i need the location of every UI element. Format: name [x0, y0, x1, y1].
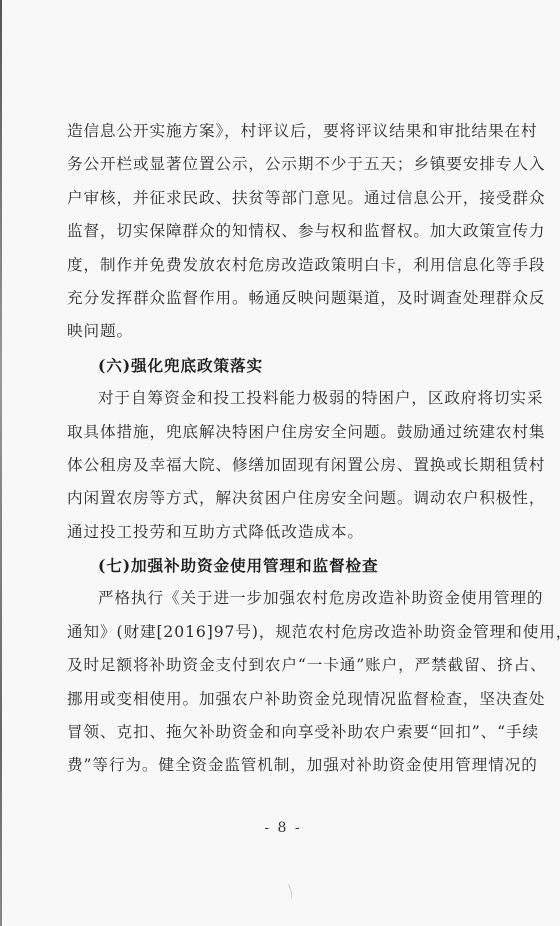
paragraph-line: 通过投工投劳和互助方式降低改造成本。 — [67, 516, 497, 549]
paragraph-line: 度，制作并免费发放农村危房改造政策明白卡，利用信息化等手段 — [67, 249, 497, 282]
paragraph-line: 监督，切实保障群众的知情权、参与权和监督权。加大政策宣传力 — [67, 215, 497, 248]
paragraph-line: 挪用或变相使用。加强农户补助资金兑现情况监督检查，坚决查处 — [67, 683, 497, 716]
paragraph-line: 通知》(财建[2016]97号)，规范农村危房改造补助资金管理和使用， — [67, 616, 497, 649]
document-body: 造信息公开实施方案》，村评议后，要将评议结果和审批结果在村 务公开栏或显著位置公… — [67, 115, 497, 783]
paragraph-line: 造信息公开实施方案》，村评议后，要将评议结果和审批结果在村 — [67, 115, 497, 148]
paragraph-line: 费”等行为。健全资金监管机制，加强对补助资金使用管理情况的 — [67, 749, 497, 782]
paragraph-line: 及时足额将补助资金支付到农户“一卡通”账户，严禁截留、挤占、 — [67, 649, 497, 682]
document-page: 造信息公开实施方案》，村评议后，要将评议结果和审批结果在村 务公开栏或显著位置公… — [0, 0, 560, 926]
page-number: - 8 - — [0, 820, 560, 836]
paragraph-line: 充分发挥群众监督作用。畅通反映问题渠道，及时调查处理群众反 — [67, 282, 497, 315]
section-heading-7: (七)加强补助资金使用管理和监督检查 — [67, 549, 497, 582]
paragraph-line: 对于自筹资金和投工投料能力极弱的特困户，区政府将切实采 — [67, 382, 497, 415]
scan-edge — [0, 0, 2, 926]
section-heading-6: (六)强化兜底政策落实 — [67, 349, 497, 382]
paragraph-line: 内闲置农房等方式，解决贫困户住房安全问题。调动农户积极性， — [67, 482, 497, 515]
paragraph-line: 户审核，并征求民政、扶贫等部门意见。通过信息公开，接受群众 — [67, 182, 497, 215]
paragraph-line: 映问题。 — [67, 315, 497, 348]
paragraph-line: 冒领、克扣、拖欠补助资金和向享受补助农户索要“回扣”、“手续 — [67, 716, 497, 749]
paragraph-line: 体公租房及幸福大院、修缮加固现有闲置公房、置换或长期租赁村 — [67, 449, 497, 482]
paragraph-line: 务公开栏或显著位置公示，公示期不少于五天；乡镇要安排专人入 — [67, 148, 497, 181]
paragraph-line: 严格执行《关于进一步加强农村危房改造补助资金使用管理的 — [67, 582, 497, 615]
paragraph-line: 取具体措施，兜底解决特困户住房安全问题。鼓励通过统建农村集 — [67, 416, 497, 449]
scan-artifact-mark — [281, 884, 295, 902]
